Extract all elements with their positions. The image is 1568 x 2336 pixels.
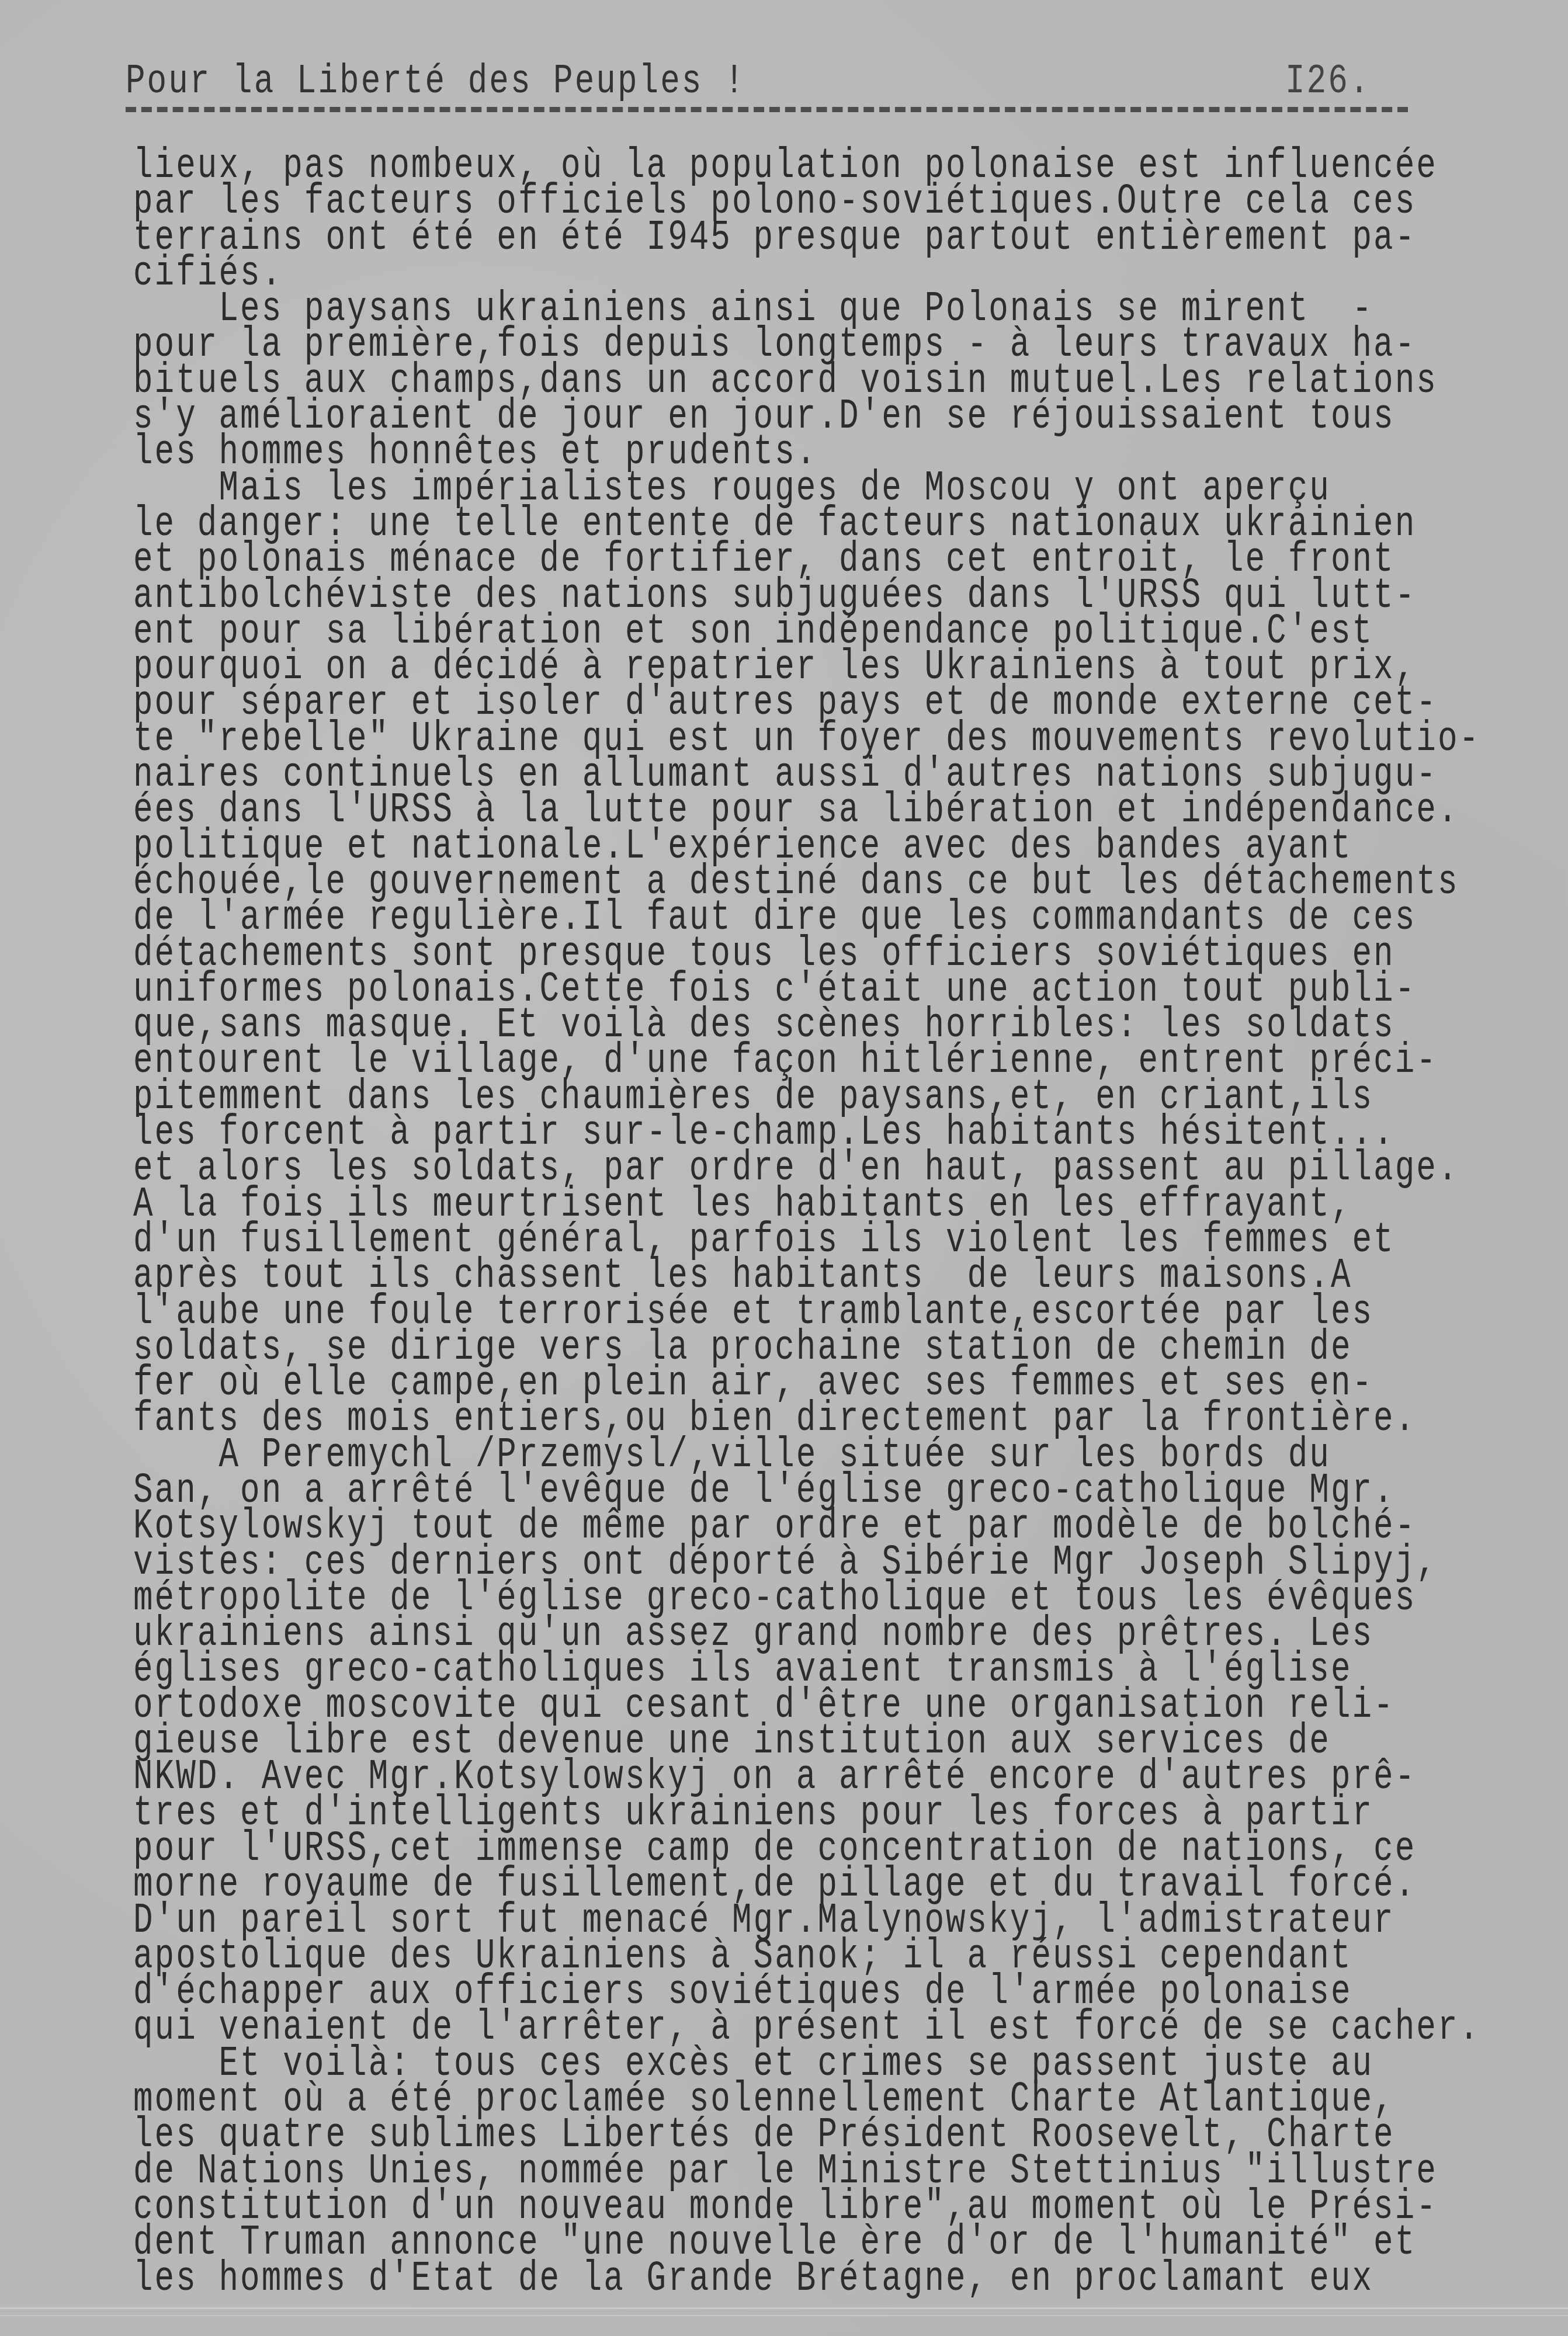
page-bottom-edge [0, 2307, 1568, 2316]
header-title: Pour la Liberté des Peuples ! [126, 55, 746, 107]
typewritten-page: Pour la Liberté des Peuples ! I26. lieux… [0, 0, 1568, 2336]
page-number: I26. [1285, 55, 1371, 107]
text-line: les hommes d'Etat de la Grande Brétagne,… [133, 2261, 1494, 2297]
header-dashed-rule [126, 107, 1408, 112]
running-header: Pour la Liberté des Peuples ! I26. [126, 55, 1411, 108]
body-text: lieux, pas nombeux, où la population pol… [133, 148, 1494, 2297]
text-line: terrains ont été en été I945 presque par… [133, 220, 1494, 256]
